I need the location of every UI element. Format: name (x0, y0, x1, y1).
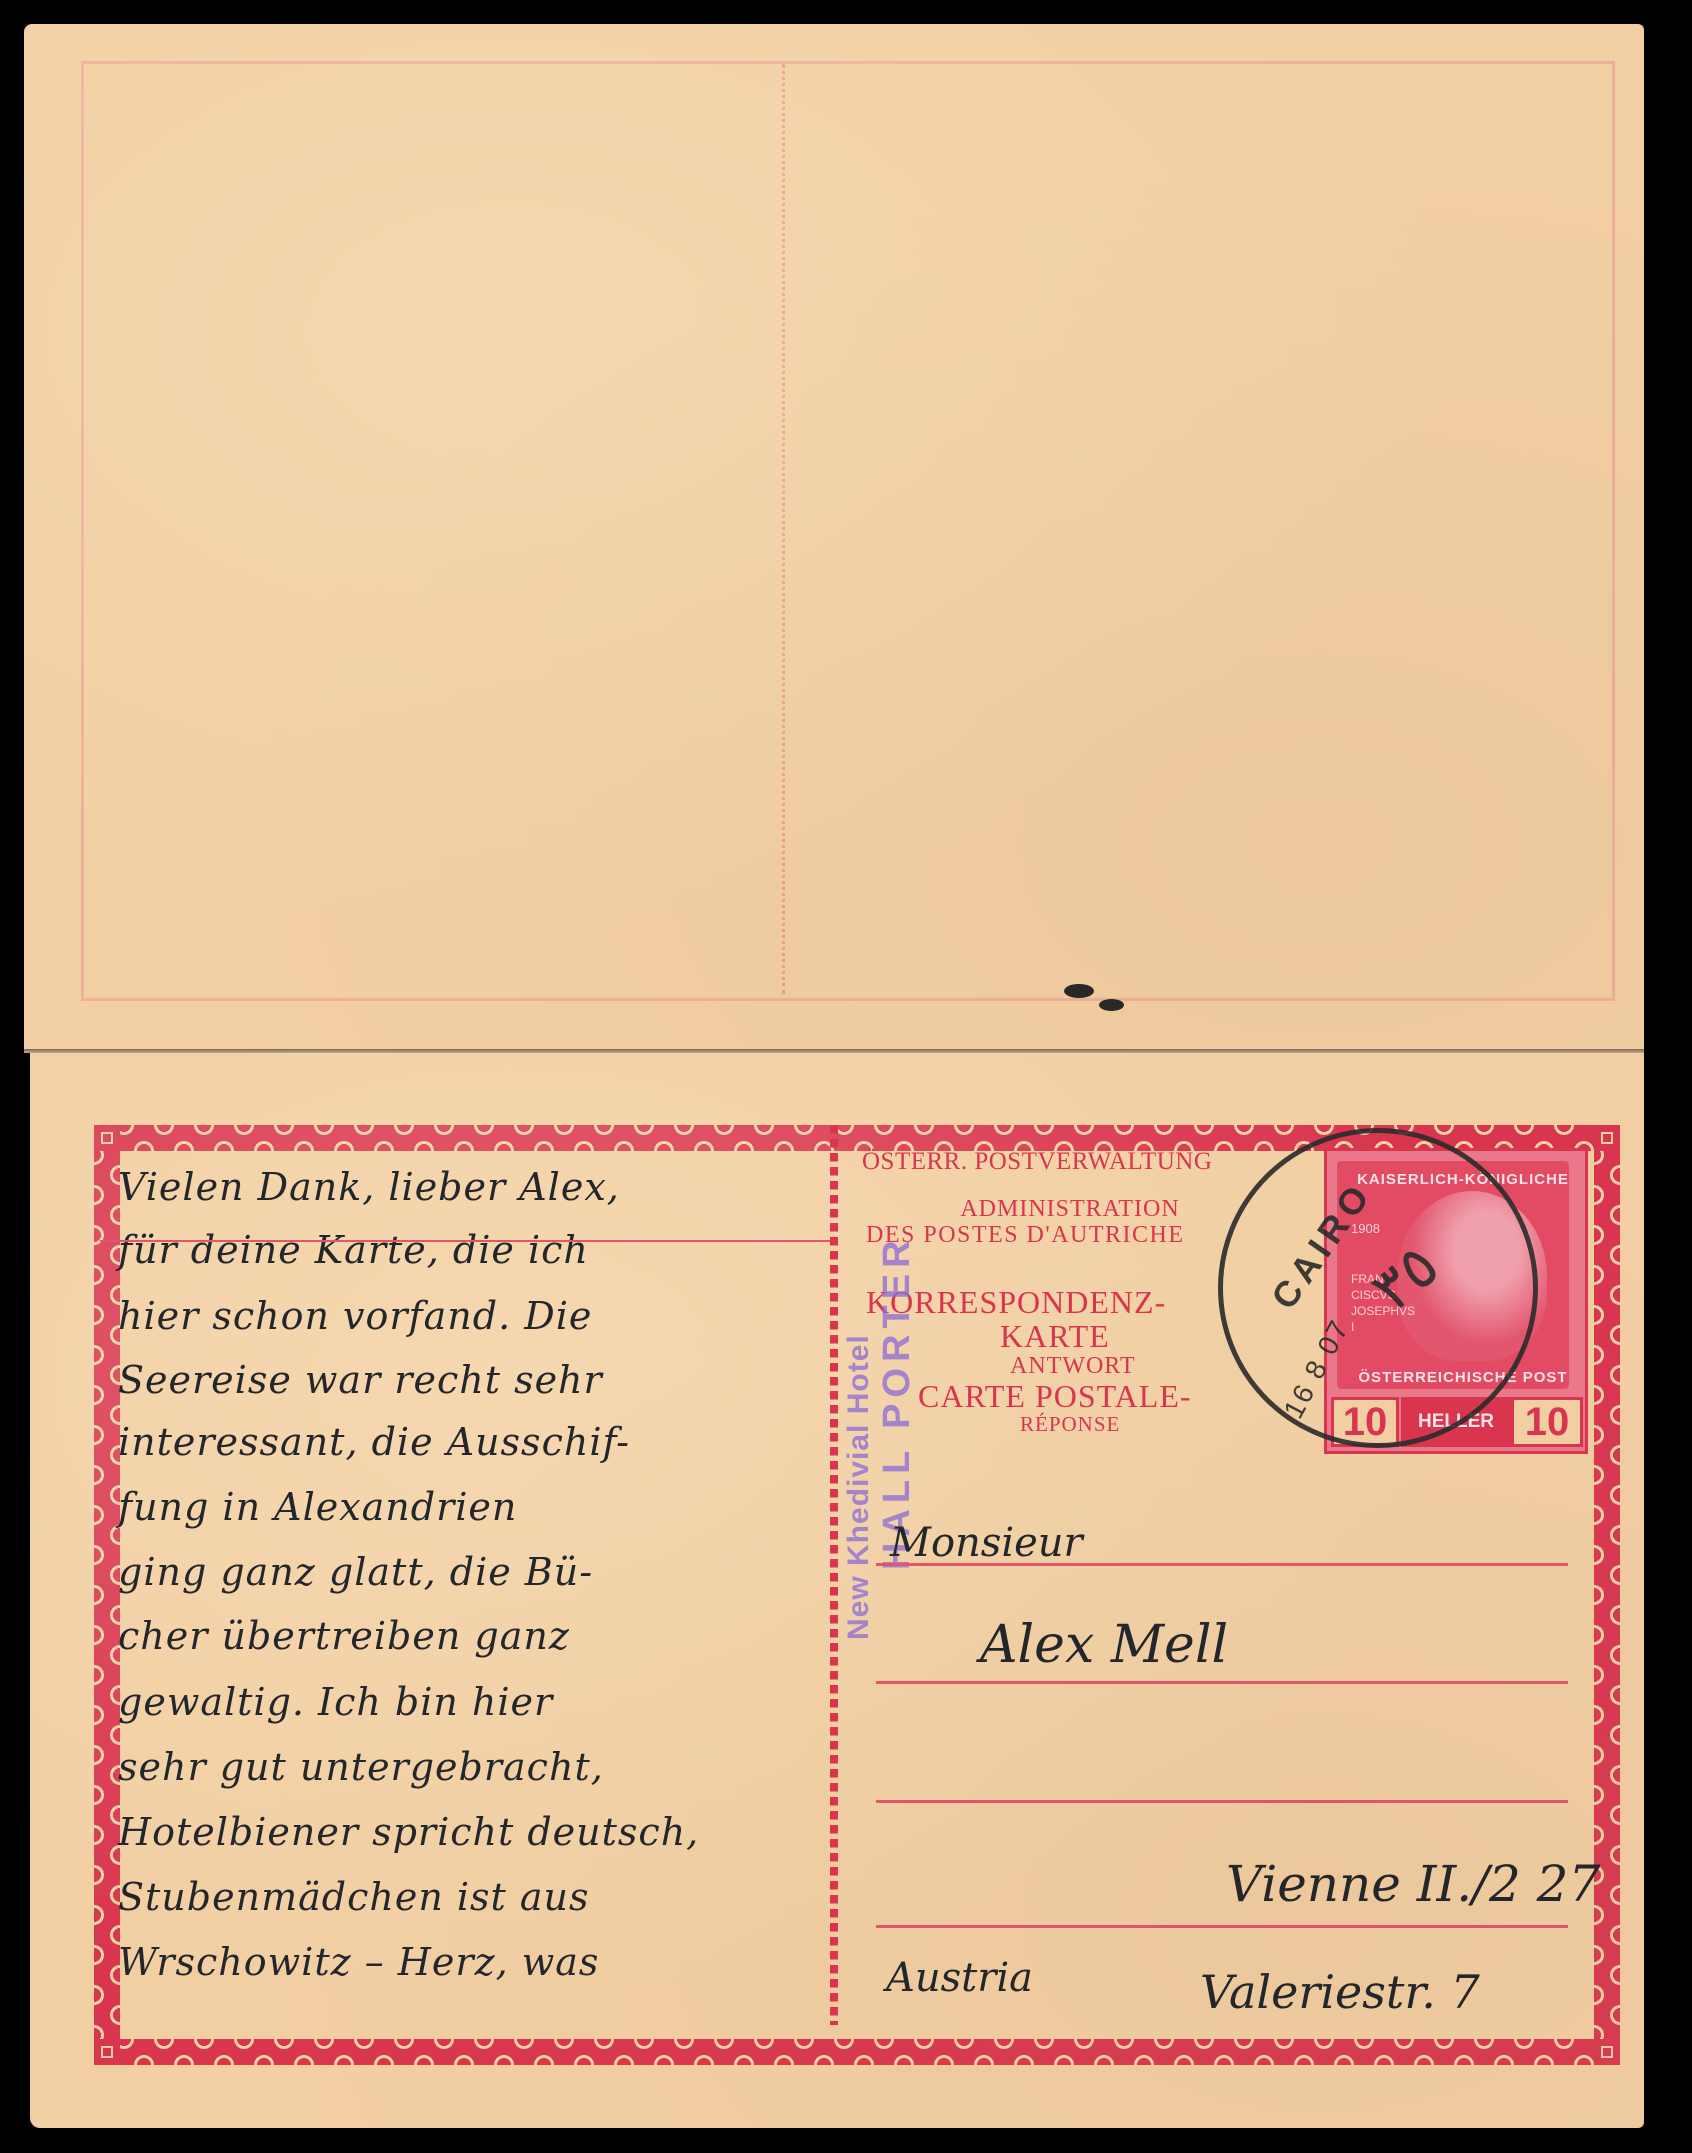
postmark-city: CAIRO (1263, 1173, 1381, 1317)
message-line: ging ganz glatt, die Bü- (118, 1550, 593, 1594)
message-line: hier schon vorfand. Die (118, 1294, 592, 1338)
postmark-date: 16 8 07 (1277, 1314, 1356, 1424)
border-bottom (94, 2039, 1620, 2065)
stamp-value-right: 10 (1511, 1397, 1583, 1447)
address-street: Valeriestr. 7 (1200, 1965, 1480, 2019)
cairo-postmark: CAIRO 16 8 07 ٣٥ (1218, 1128, 1538, 1448)
message-line: Seereise war recht sehr (118, 1358, 603, 1402)
address-name: Alex Mell (980, 1615, 1228, 1675)
message-line: cher übertreiben ganz (118, 1614, 570, 1658)
faint-center-divider (782, 64, 785, 994)
message-line: fung in Alexandrien (118, 1485, 517, 1529)
header-line-7: CARTE POSTALE- (918, 1378, 1192, 1415)
address-city: Vienne II./2 27 (1226, 1855, 1600, 1913)
ruled-line (100, 1240, 830, 1242)
message-line: Stubenmädchen ist aus (118, 1875, 590, 1919)
border-left (94, 1125, 120, 2065)
header-line-2: ADMINISTRATION (900, 1196, 1240, 1223)
message-line: für deine Karte, die ich (118, 1228, 589, 1272)
corner-ornament (1594, 2039, 1620, 2065)
message-line: sehr gut untergebracht, (118, 1745, 604, 1789)
message-line: Hotelbiener spricht deutsch, (118, 1810, 699, 1854)
hotel-cachet: New Khedivial Hotel HALL PORTER (842, 1234, 919, 1640)
reply-card-blank (24, 24, 1644, 1049)
header-line-1: ÖSTERR. POSTVERWALTUNG (862, 1148, 1212, 1176)
header-line-8: RÉPONSE (1020, 1412, 1120, 1437)
address-line (876, 1800, 1568, 1803)
hotel-cachet-line-1: New Khedivial Hotel (842, 1234, 876, 1640)
address-line (876, 1925, 1568, 1928)
corner-ornament (1594, 1125, 1620, 1151)
message-line: interessant, die Ausschif- (118, 1420, 630, 1464)
faint-printed-frame (81, 61, 1615, 1001)
ink-smudge (1064, 984, 1094, 998)
header-line-6: ANTWORT (1010, 1353, 1136, 1380)
address-salutation: Monsieur (890, 1520, 1083, 1566)
message-line: Wrschowitz – Herz, was (118, 1940, 599, 1984)
corner-ornament (94, 2039, 120, 2065)
message-line: Vielen Dank, lieber Alex, (118, 1165, 620, 1209)
dotted-divider (830, 1125, 838, 2025)
corner-ornament (94, 1125, 120, 1151)
border-right (1594, 1125, 1620, 2065)
message-line: gewaltig. Ich bin hier (118, 1680, 553, 1724)
ink-smudge (1099, 999, 1124, 1011)
address-country: Austria (886, 1955, 1033, 2001)
address-line (876, 1681, 1568, 1684)
header-line-5: KARTE (1000, 1318, 1110, 1355)
postmark-center-glyph: ٣٥ (1358, 1230, 1452, 1325)
